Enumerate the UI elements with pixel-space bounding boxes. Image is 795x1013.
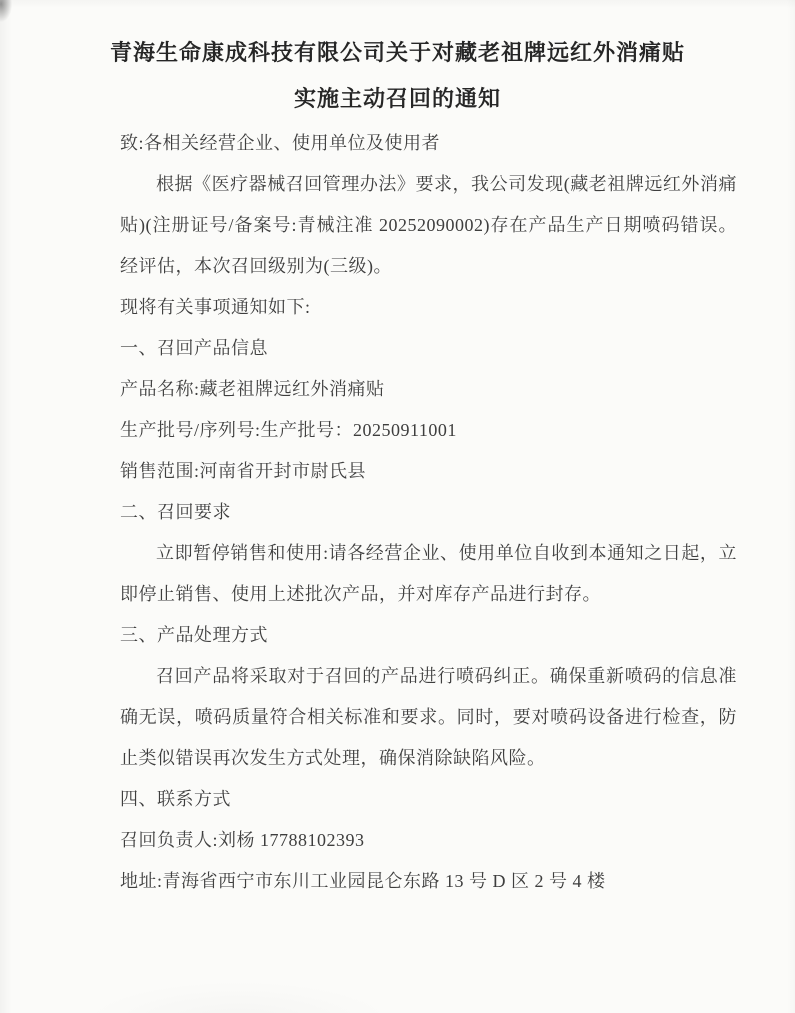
paragraph: 四、联系方式 <box>120 779 737 820</box>
paragraph: 三、产品处理方式 <box>120 615 737 656</box>
document-page: 青海生命康成科技有限公司关于对藏老祖牌远红外消痛贴 实施主动召回的通知 致:各相… <box>0 0 795 1013</box>
document-title-line2: 实施主动召回的通知 <box>62 76 733 122</box>
paragraph: 地址:青海省西宁市东川工业园昆仑东路 13 号 D 区 2 号 4 楼 <box>120 861 737 902</box>
paragraph: 召回负责人:刘杨 17788102393 <box>120 820 737 861</box>
document-title: 青海生命康成科技有限公司关于对藏老祖牌远红外消痛贴 实施主动召回的通知 <box>62 30 733 122</box>
paragraph: 一、召回产品信息 <box>120 328 737 369</box>
paragraph: 产品名称:藏老祖牌远红外消痛贴 <box>120 369 737 410</box>
paragraph: 根据《医疗器械召回管理办法》要求，我公司发现(藏老祖牌远红外消痛贴)(注册证号/… <box>120 164 737 287</box>
paragraph: 销售范围:河南省开封市尉氏县 <box>120 451 737 492</box>
paragraph: 致:各相关经营企业、使用单位及使用者 <box>120 123 737 164</box>
paragraph: 生产批号/序列号:生产批号：20250911001 <box>120 410 737 451</box>
document-title-line1: 青海生命康成科技有限公司关于对藏老祖牌远红外消痛贴 <box>62 30 733 76</box>
paragraph: 召回产品将采取对于召回的产品进行喷码纠正。确保重新喷码的信息准确无误，喷码质量符… <box>120 656 737 779</box>
paragraph: 立即暂停销售和使用:请各经营企业、使用单位自收到本通知之日起，立即停止销售、使用… <box>120 533 737 615</box>
paragraph: 现将有关事项通知如下: <box>120 287 737 328</box>
paragraph: 二、召回要求 <box>120 492 737 533</box>
document-body: 致:各相关经营企业、使用单位及使用者根据《医疗器械召回管理办法》要求，我公司发现… <box>120 123 737 902</box>
